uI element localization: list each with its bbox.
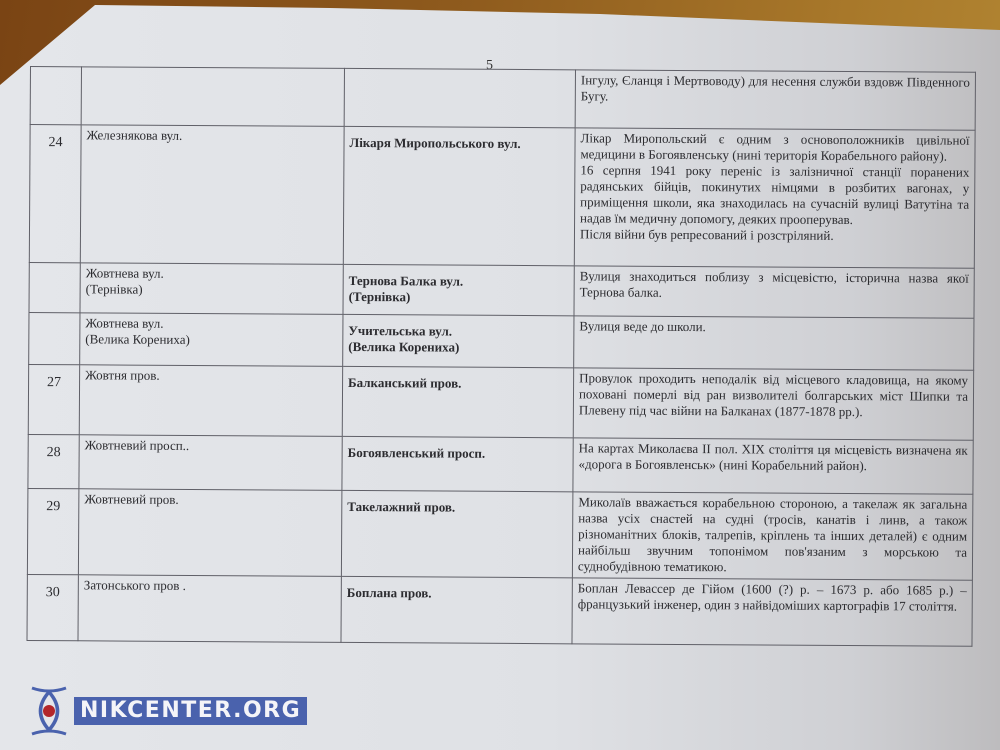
- naming-rationale-text: Вулиця знаходиться поблизу з місцевістю,…: [580, 268, 969, 300]
- old-street-name-text: Жовтневий пров.: [84, 491, 178, 507]
- old-street-name: Железнякова вул.: [80, 125, 344, 265]
- row-number: [30, 67, 81, 125]
- old-street-name-text: Железнякова вул.: [87, 127, 183, 143]
- new-street-name: Учительська вул. (Велика Корениха): [343, 314, 574, 367]
- row-number: 30: [27, 574, 78, 640]
- table-row: 29Жовтневий пров.Такелажний пров.Миколаї…: [27, 488, 973, 580]
- naming-rationale-text: Боплан Левассер де Гійом (1600 (?) р. – …: [578, 580, 967, 613]
- table-row: Інгулу, Єланця і Мертвоводу) для несення…: [30, 67, 975, 131]
- new-street-name: Богоявленський просп.: [342, 436, 573, 491]
- row-number-text: 27: [34, 375, 74, 391]
- new-street-name-text: Балканський пров.: [348, 375, 568, 392]
- naming-rationale: Лікар Миропольский є одним з основополож…: [574, 128, 975, 268]
- new-street-name-text: Богоявленський просп.: [348, 445, 568, 462]
- row-number-text: 24: [35, 135, 75, 151]
- new-street-name-text: Учительська вул. (Велика Корениха): [348, 323, 568, 356]
- watermark-text: NIKCENTER.ORG: [74, 697, 307, 725]
- new-street-name: Лікаря Миропольського вул.: [343, 126, 575, 265]
- naming-rationale: Вулиця веде до школи.: [574, 316, 974, 370]
- old-street-name: Затонського пров .: [78, 575, 341, 643]
- new-street-name-text: Лікаря Миропольського вул.: [349, 135, 569, 152]
- watermark-logo: NIKCENTER.ORG: [28, 682, 307, 740]
- row-number: 28: [28, 434, 79, 488]
- new-street-name-text: Боплана пров.: [347, 585, 567, 602]
- old-street-name: Жовтнева вул. (Тернівка): [80, 263, 343, 315]
- document-page: 5 Інгулу, Єланця і Мертвоводу) для несен…: [0, 0, 1000, 750]
- new-street-name: Такелажний пров.: [341, 490, 573, 577]
- naming-rationale-text: Вулиця веде до школи.: [579, 318, 706, 334]
- nikcenter-logo-icon: [28, 682, 70, 740]
- row-number-text: 28: [34, 445, 74, 461]
- new-street-name: [344, 68, 575, 127]
- row-number-text: 29: [33, 499, 73, 515]
- new-street-name-text: Тернова Балка вул. (Тернівка): [349, 273, 569, 306]
- naming-rationale-text: Лікар Миропольский є одним з основополож…: [580, 130, 970, 243]
- row-number: [29, 312, 80, 364]
- naming-rationale: Інгулу, Єланця і Мертвоводу) для несення…: [575, 70, 975, 130]
- naming-rationale-text: Інгулу, Єланця і Мертвоводу) для несення…: [581, 72, 970, 103]
- old-street-name-text: Жовтня пров.: [85, 367, 160, 382]
- new-street-name-text: [350, 77, 570, 78]
- row-number: 29: [27, 488, 79, 574]
- street-renaming-table: Інгулу, Єланця і Мертвоводу) для несення…: [26, 66, 975, 647]
- new-street-name: Боплана пров.: [341, 576, 572, 643]
- row-number-text: 30: [33, 585, 73, 601]
- row-number: 27: [28, 364, 79, 434]
- table-row: 24Железнякова вул.Лікаря Миропольського …: [29, 125, 975, 269]
- naming-rationale-text: На картах Миколаєва ІІ пол. ХІХ століття…: [579, 440, 968, 473]
- old-street-name: Жовтнева вул. (Велика Корениха): [80, 313, 343, 367]
- naming-rationale: На картах Миколаєва ІІ пол. ХІХ століття…: [573, 438, 973, 494]
- old-street-name: Жовтня пров.: [79, 365, 342, 437]
- old-street-name: Жовтневий пров.: [78, 489, 342, 577]
- row-number: 24: [29, 125, 81, 263]
- old-street-name: Жовтневий просп..: [79, 435, 342, 491]
- table-row: Жовтнева вул. (Велика Корениха)Учительсь…: [29, 312, 974, 370]
- naming-rationale-text: Провулок проходить неподалік від місцево…: [579, 370, 968, 419]
- old-street-name-text: Жовтнева вул. (Тернівка): [86, 265, 164, 296]
- table-row: 27Жовтня пров.Балканський пров.Провулок …: [28, 364, 973, 440]
- naming-rationale-text: Миколаїв вважається корабельною стороною…: [578, 494, 967, 574]
- naming-rationale: Провулок проходить неподалік від місцево…: [573, 368, 973, 440]
- table-row: Жовтнева вул. (Тернівка)Тернова Балка ву…: [29, 262, 974, 318]
- old-street-name-text: Жовтнева вул. (Велика Корениха): [85, 315, 190, 347]
- new-street-name-text: Такелажний пров.: [347, 499, 567, 516]
- row-number: [29, 262, 80, 312]
- new-street-name: Балканський пров.: [342, 366, 573, 437]
- table-row: 28Жовтневий просп..Богоявленський просп.…: [28, 434, 973, 494]
- naming-rationale: Боплан Левассер де Гійом (1600 (?) р. – …: [572, 578, 972, 646]
- old-street-name-text: Жовтневий просп..: [85, 437, 190, 453]
- old-street-name-text: Затонського пров .: [84, 577, 186, 593]
- new-street-name: Тернова Балка вул. (Тернівка): [343, 264, 574, 315]
- naming-rationale: Миколаїв вважається корабельною стороною…: [572, 492, 973, 580]
- old-street-name: [81, 67, 344, 127]
- table-row: 30Затонського пров .Боплана пров.Боплан …: [27, 574, 972, 646]
- naming-rationale: Вулиця знаходиться поблизу з місцевістю,…: [574, 266, 974, 318]
